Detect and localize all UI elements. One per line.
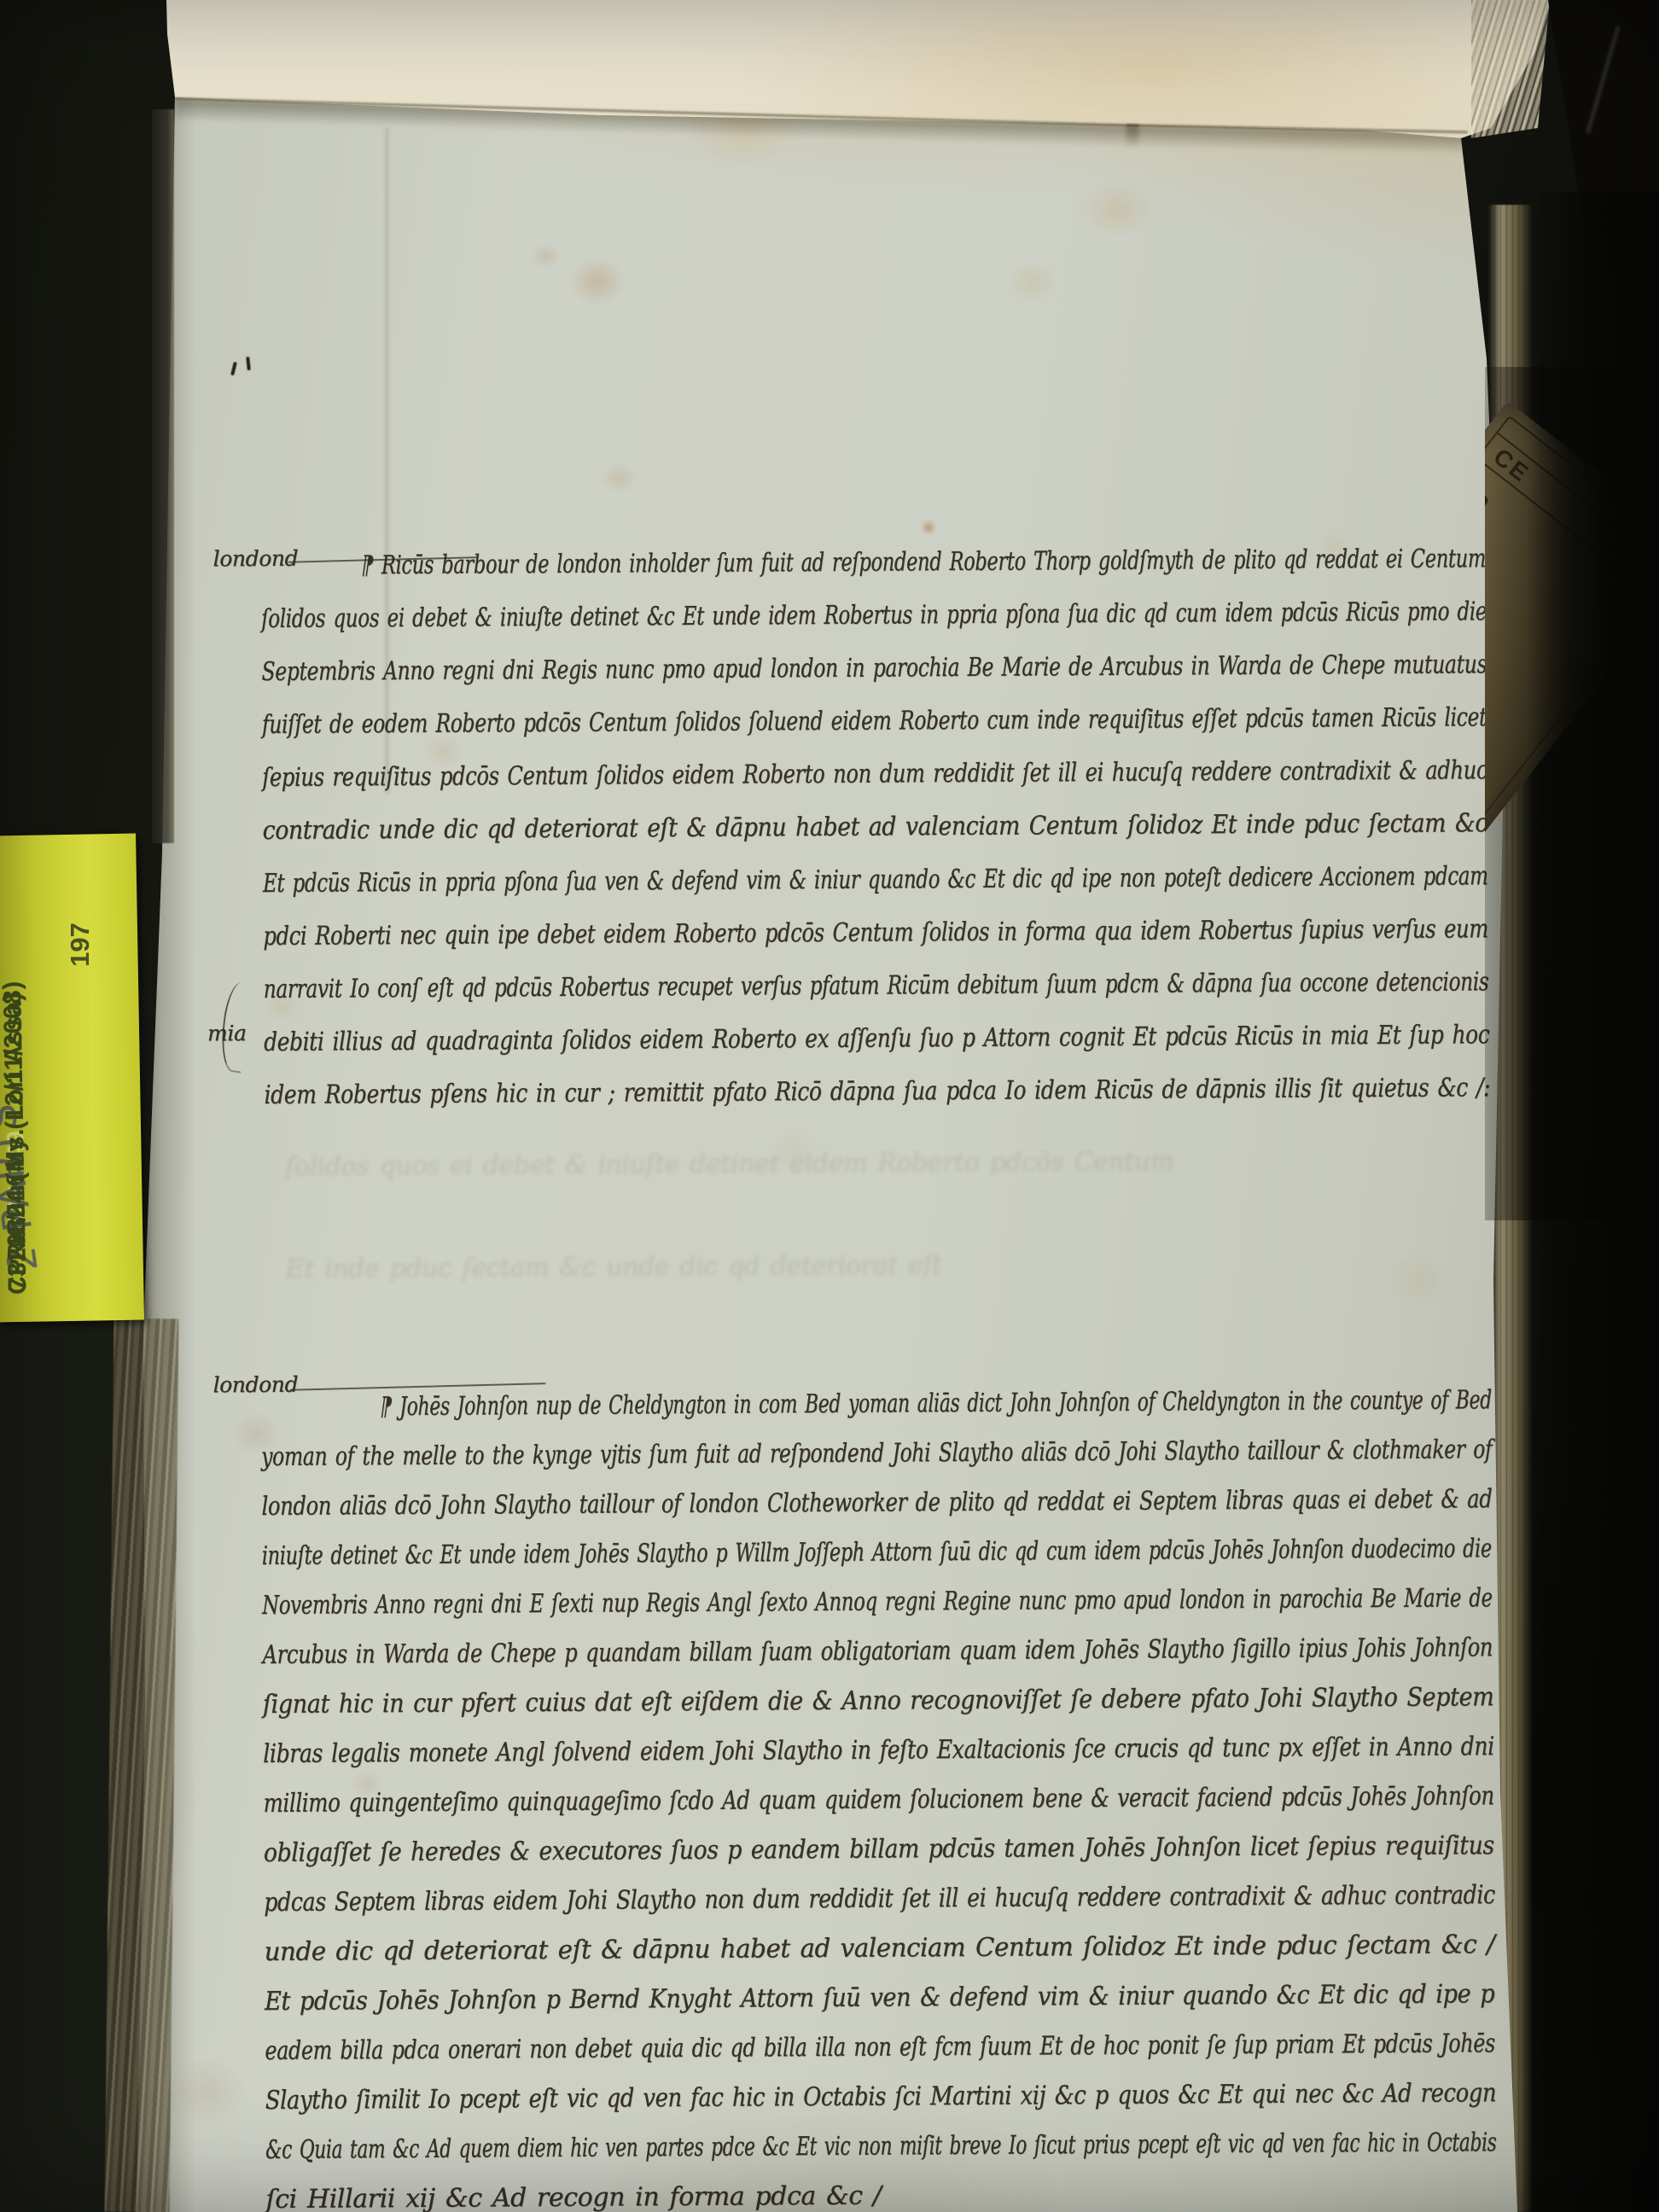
right-edge-shadow <box>1526 192 1659 2212</box>
manuscript-text-line: millimo quingenteſimo quinquageſimo ſcdo… <box>264 1781 1494 1819</box>
gutter-page-edges-upper <box>152 109 174 843</box>
plea-entry-2: londond ⁋ Johēs Johnſon nup de Cheldyngt… <box>0 0 1659 2212</box>
archive-sticky-note: 5356249 CP 40/11642 PARTS Return by (12/… <box>0 834 144 1323</box>
entry2-margin-county: londond <box>213 1372 299 1398</box>
photograph-of-plea-roll: ſolidos quos ei debet & iniuſte detinet … <box>0 0 1659 2212</box>
manuscript-text-line: libras legalis monete Angl ſolvend eidem… <box>263 1732 1494 1769</box>
manuscript-text-line: london aliās dcō John Slaytho taillour o… <box>261 1484 1492 1522</box>
note-page-number: 197 <box>66 919 95 970</box>
manuscript-text-line: Arcubus in Warda de Chepe p quandam bill… <box>262 1633 1493 1670</box>
manuscript-text-line: &c Quia tam &c Ad quem diem hic ven part… <box>265 2128 1497 2165</box>
note-reference-row: CP 40/11642 PARTS <box>0 1295 35 1295</box>
note-requisition: 7320824 (Ms. Lori Assa) <box>0 992 35 1291</box>
book-cloth-lower-left <box>0 1318 113 2212</box>
manuscript-text-line: eadem billa pdca onerari non debet quia … <box>265 2029 1495 2066</box>
manuscript-text-line: Et pdcūs Johēs Johnſon p Bernd Knyght At… <box>265 1979 1494 2017</box>
manuscript-text-line: Slaytho ſimilit Io pcept eſt vic qd ven … <box>265 2078 1497 2116</box>
gutter-page-edges-lower <box>105 1318 179 2212</box>
manuscript-text-line: pdcas Septem libras eidem Johi Slaytho n… <box>264 1880 1495 1918</box>
manuscript-page: ſolidos quos ei debet & iniuſte detinet … <box>0 0 1659 2212</box>
sticky-note-rotated-text: 5356249 CP 40/11642 PARTS Return by (12/… <box>0 834 144 1323</box>
manuscript-text-line: ſignat hic in cur pfert cuius dat eſt ei… <box>263 1682 1494 1720</box>
manuscript-text-line: Novembris Anno regni dni E ſexti nup Reg… <box>262 1583 1493 1621</box>
manuscript-text-line: ſci Hillarii xij &c Ad recogn in forma p… <box>265 2181 881 2212</box>
entry2-margin-flourish <box>290 1382 546 1391</box>
manuscript-text-line: unde dic qd deteriorat eſt & dāpnu habet… <box>265 1930 1495 1967</box>
manuscript-text-line: ⁋ Johēs Johnſon nup de Cheldyngton in co… <box>381 1385 1492 1422</box>
manuscript-text-line: iniuſte detinet &c Et unde idem Johēs Sl… <box>262 1534 1492 1571</box>
manuscript-text-line: yoman of the melle to the kynge vjtis ſu… <box>261 1435 1492 1472</box>
manuscript-text-line: obligaſſet ſe heredes & executores ſuos … <box>264 1831 1494 1868</box>
